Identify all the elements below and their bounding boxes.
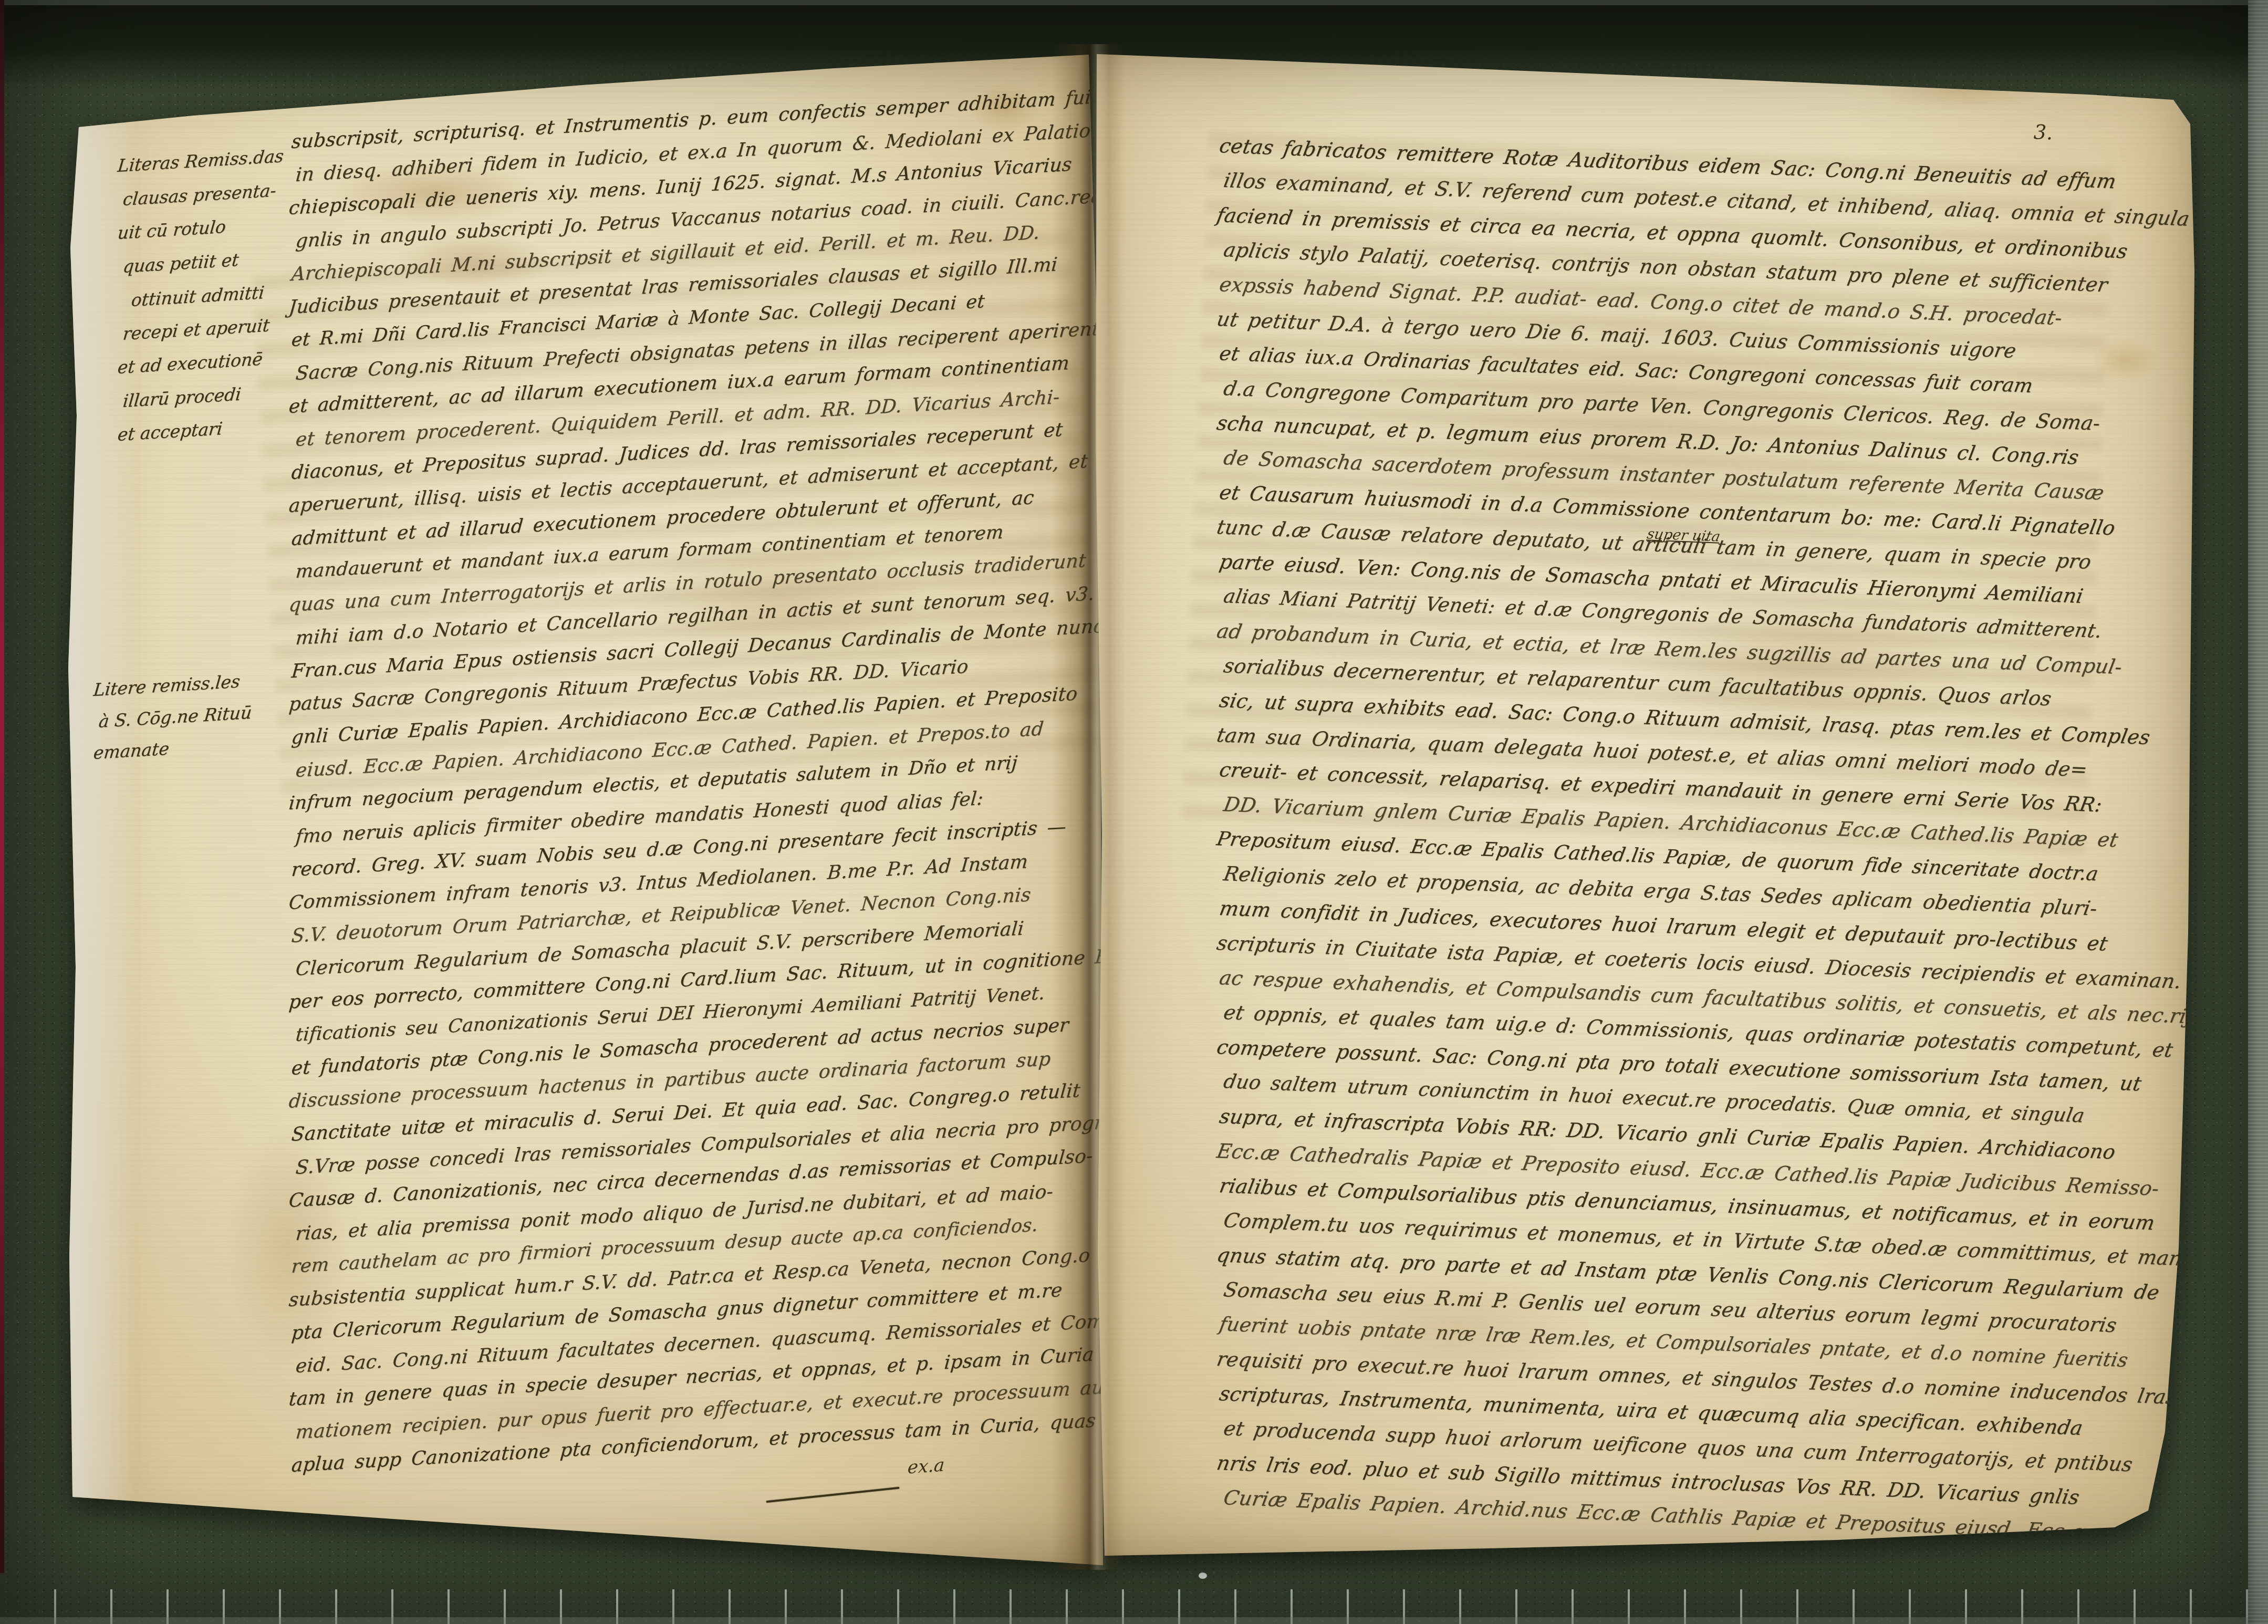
- dust-speck: [1199, 1573, 1207, 1579]
- catchword: ex.a: [907, 1454, 945, 1478]
- left-page-text: subscripsit, scripturisq. et Instrumenti…: [292, 126, 1159, 1482]
- left-page: Literas Remiss.dasclausas presenta-uit c…: [67, 48, 1105, 1571]
- right-page-text: cetas fabricatos remittere Rotæ Auditori…: [1220, 128, 2250, 1515]
- left-page-paper: Literas Remiss.dasclausas presenta-uit c…: [67, 48, 1105, 1571]
- archive-scan: Literas Remiss.dasclausas presenta-uit c…: [0, 0, 2268, 1624]
- scan-bottom-edge: [0, 1617, 2248, 1624]
- red-calibration-strip: [0, 0, 4, 1573]
- interlinear-insertion: super uita: [1646, 526, 1721, 545]
- scan-right-edge-band: [2248, 0, 2268, 1624]
- right-page: 3. cetas fabricatos remittere Rotæ Audit…: [1090, 45, 2201, 1566]
- margin-notes-upper: Literas Remiss.dasclausas presenta-uit c…: [118, 149, 284, 452]
- stain: [1842, 61, 2083, 119]
- pen-flourish: [766, 1487, 899, 1503]
- right-page-paper: 3. cetas fabricatos remittere Rotæ Audit…: [1090, 45, 2201, 1566]
- scan-top-edge: [0, 0, 2268, 5]
- margin-notes-lower: Litere remiss.lesà S. Cōg.ne Rituūemanat…: [93, 674, 252, 769]
